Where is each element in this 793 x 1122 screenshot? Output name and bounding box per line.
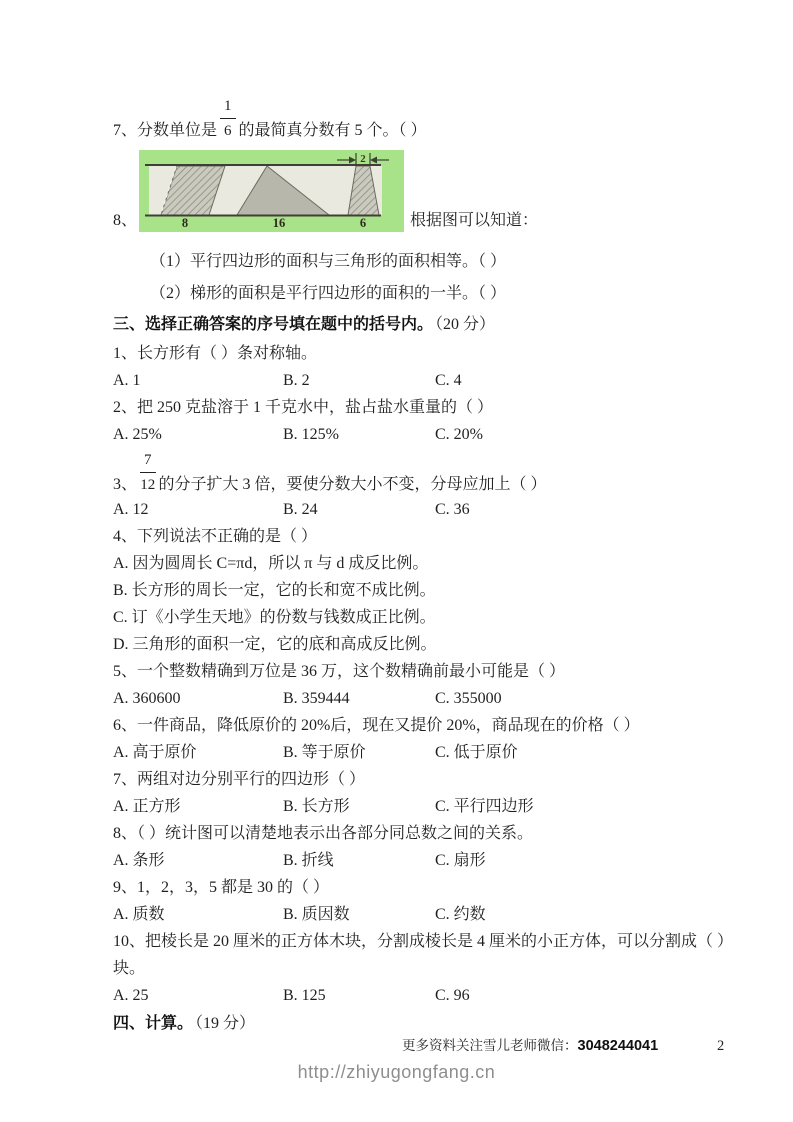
option-a: A. 25 xyxy=(113,982,283,1009)
mc-question-10-continued: 块。 xyxy=(113,955,693,982)
page-number: 2 xyxy=(717,1036,724,1056)
mc-question-2-options: A. 25% B. 125% C. 20% xyxy=(113,421,693,448)
section-3-heading: 三、选择正确答案的序号填在题中的括号内。（20 分） xyxy=(113,310,693,340)
tf-question-7: 7、 分数单位是 1 6 的最简真分数有 5 个。（ ） xyxy=(113,96,693,142)
option-a: A. 25% xyxy=(113,421,283,448)
option-a: A. 高于原价 xyxy=(113,739,283,766)
mc-question-9: 9、1，2，3，5 都是 30 的（ ） xyxy=(113,874,693,901)
mc-question-5: 5、一个整数精确到万位是 36 万，这个数精确前最小可能是（ ） xyxy=(113,658,693,685)
option-b: B. 125 xyxy=(283,982,435,1009)
mc-question-5-options: A. 360600 B. 359444 C. 355000 xyxy=(113,685,693,712)
q7-text-pre: 分数单位是 xyxy=(137,120,217,142)
figure-label-trapezoid-base: 6 xyxy=(360,216,366,230)
option-b: B. 2 xyxy=(283,367,435,394)
mc-question-4-option-c: C. 订《小学生天地》的份数与钱数成正比例。 xyxy=(113,604,693,631)
mc-question-7-options: A. 正方形 B. 长方形 C. 平行四边形 xyxy=(113,793,693,820)
option-a: A. 1 xyxy=(113,367,283,394)
mc-question-4-option-a: A. 因为圆周长 C=πd，所以 π 与 d 成反比例。 xyxy=(113,550,693,577)
option-b: B. 长方形 xyxy=(283,793,435,820)
option-b: B. 折线 xyxy=(283,847,435,874)
mc-question-10: 10、把棱长是 20 厘米的正方体木块，分割成棱长是 4 厘米的小正方体，可以分… xyxy=(113,928,693,955)
mc-question-9-options: A. 质数 B. 质因数 C. 约数 xyxy=(113,901,693,928)
option-c: C. 约数 xyxy=(435,901,693,928)
fraction-numerator: 7 xyxy=(140,449,156,473)
section-4-points: （19 分） xyxy=(195,1015,255,1032)
mc-question-10-options: A. 25 B. 125 C. 96 xyxy=(113,982,693,1009)
q3-number: 3、 xyxy=(113,474,137,496)
q8-sub-statement-1: （1）平行四边形的面积与三角形的面积相等。（ ） xyxy=(113,246,693,278)
promo-text: 更多资料关注雪儿老师微信： xyxy=(402,1038,578,1053)
mc-question-3-options: A. 12 B. 24 C. 36 xyxy=(113,496,693,523)
mc-question-3: 3、 7 12 的分子扩大 3 倍，要使分数大小不变，分母应加上（ ） xyxy=(113,448,693,496)
mc-question-7: 7、两组对边分别平行的四边形（ ） xyxy=(113,766,693,793)
fraction-numerator: 1 xyxy=(220,95,236,119)
option-b: B. 359444 xyxy=(283,685,435,712)
figure-label-triangle-base: 16 xyxy=(273,216,286,230)
fraction-denominator: 6 xyxy=(224,119,232,142)
mc-question-4-option-d: D. 三角形的面积一定，它的底和高成反比例。 xyxy=(113,631,693,658)
q8-caption: 根据图可以知道： xyxy=(410,210,538,232)
option-c: C. 20% xyxy=(435,421,693,448)
option-c: C. 低于原价 xyxy=(435,739,693,766)
option-b: B. 质因数 xyxy=(283,901,435,928)
figure-label-parallelogram-base: 8 xyxy=(182,216,188,230)
option-c: C. 96 xyxy=(435,982,693,1009)
option-b: B. 24 xyxy=(283,496,435,523)
mc-question-6-options: A. 高于原价 B. 等于原价 C. 低于原价 xyxy=(113,739,693,766)
geometry-figure: 2 8 16 6 xyxy=(139,150,404,232)
section-3-title: 三、选择正确答案的序号填在题中的括号内。 xyxy=(113,316,433,333)
option-b: B. 125% xyxy=(283,421,435,448)
footer-promo: 更多资料关注雪儿老师微信：3048244041 xyxy=(402,1036,658,1056)
option-a: A. 质数 xyxy=(113,901,283,928)
exam-content: 7、 分数单位是 1 6 的最简真分数有 5 个。（ ） 8、 xyxy=(113,96,693,1039)
option-b: B. 等于原价 xyxy=(283,739,435,766)
mc-question-1: 1、长方形有（ ）条对称轴。 xyxy=(113,340,693,367)
fraction-denominator: 12 xyxy=(140,473,155,496)
section-4-heading: 四、计算。（19 分） xyxy=(113,1009,693,1039)
q7-text-post: 的最简真分数有 5 个。（ ） xyxy=(239,120,427,142)
mc-question-1-options: A. 1 B. 2 C. 4 xyxy=(113,367,693,394)
mc-question-8: 8、（ ）统计图可以清楚地表示出各部分同总数之间的关系。 xyxy=(113,820,693,847)
option-a: A. 正方形 xyxy=(113,793,283,820)
option-c: C. 4 xyxy=(435,367,693,394)
mc-question-4: 4、下列说法不正确的是（ ） xyxy=(113,523,693,550)
option-c: C. 扇形 xyxy=(435,847,693,874)
mc-question-8-options: A. 条形 B. 折线 C. 扇形 xyxy=(113,847,693,874)
exam-page: 7、 分数单位是 1 6 的最简真分数有 5 个。（ ） 8、 xyxy=(0,0,793,1122)
option-c: C. 36 xyxy=(435,496,693,523)
fraction-1-6: 1 6 xyxy=(220,95,236,142)
q7-number: 7、 xyxy=(113,120,137,142)
option-c: C. 平行四边形 xyxy=(435,793,693,820)
option-a: A. 12 xyxy=(113,496,283,523)
footer-url: http://zhiyugongfang.cn xyxy=(0,1062,793,1083)
option-a: A. 360600 xyxy=(113,685,283,712)
q8-sub-statement-2: （2）梯形的面积是平行四边形的面积的一半。（ ） xyxy=(113,278,693,310)
option-a: A. 条形 xyxy=(113,847,283,874)
q3-text: 的分子扩大 3 倍，要使分数大小不变，分母应加上（ ） xyxy=(159,474,547,496)
q8-number: 8、 xyxy=(113,210,137,232)
mc-question-4-option-b: B. 长方形的周长一定，它的长和宽不成比例。 xyxy=(113,577,693,604)
tf-question-8: 8、 xyxy=(113,150,693,232)
figure-label-top-width: 2 xyxy=(360,153,366,165)
wechat-id: 3048244041 xyxy=(578,1038,659,1054)
mc-question-2: 2、把 250 克盐溶于 1 千克水中，盐占盐水重量的（ ） xyxy=(113,394,693,421)
section-3-points: （20 分） xyxy=(435,316,495,333)
fraction-7-12: 7 12 xyxy=(140,449,156,496)
option-c: C. 355000 xyxy=(435,685,693,712)
mc-question-6: 6、一件商品，降低原价的 20%后，现在又提价 20%，商品现在的价格（ ） xyxy=(113,712,693,739)
section-4-title: 四、计算。 xyxy=(113,1015,193,1032)
